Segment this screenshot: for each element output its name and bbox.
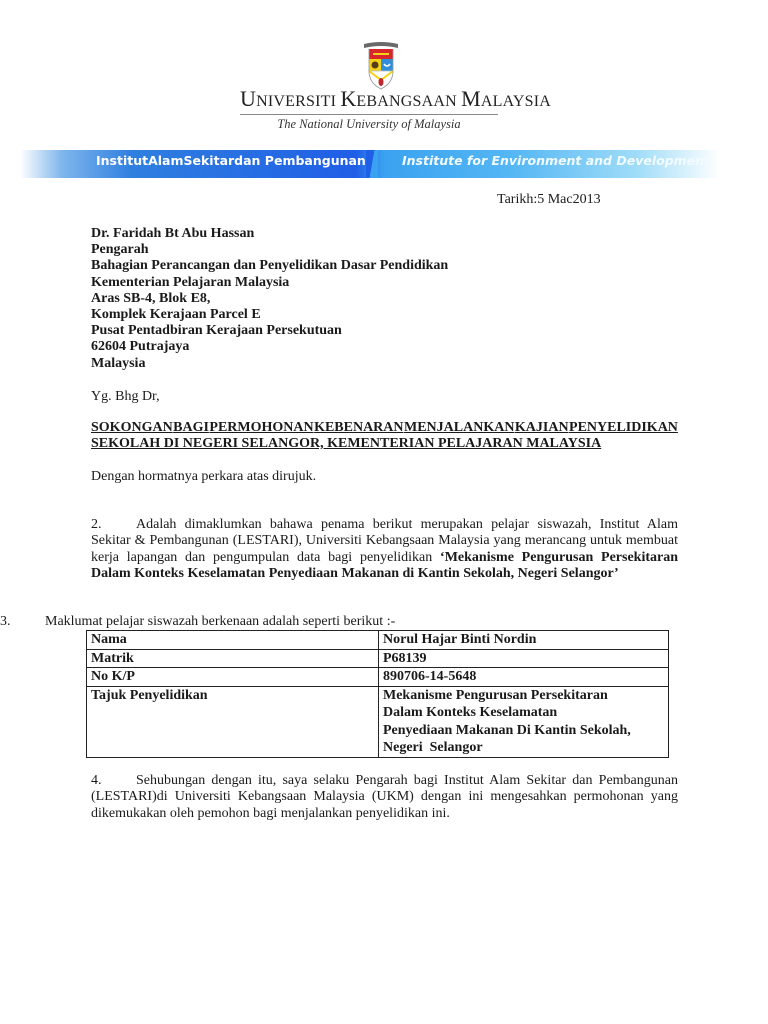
paragraph-number: 2. (91, 517, 136, 533)
table-value: Norul Hajar Binti Nordin (379, 631, 669, 650)
university-name: UNIVERSITI KEBANGSAAN MALAYSIA Universit… (240, 86, 500, 112)
intro-line: Dengan hormatnya perkara atas dirujuk. (91, 469, 316, 485)
recipient-address: Dr. Faridah Bt Abu Hassan Pengarah Bahag… (91, 226, 448, 372)
letterhead-rule (240, 114, 498, 115)
ukm-crest-icon (350, 40, 412, 92)
table-row: No K/P 890706-14-5648 (87, 668, 669, 687)
subject-line-1: SOKONGAN BAGI PERMOHONAN KEBENARAN MENJA… (91, 420, 678, 436)
recipient-line: Malaysia (91, 356, 448, 372)
table-label: Nama (87, 631, 379, 650)
paragraph-number: 3. (0, 614, 45, 630)
student-info-table: Nama Norul Hajar Binti Nordin Matrik P68… (86, 630, 669, 758)
recipient-line: Pengarah (91, 242, 448, 258)
recipient-line: Komplek Kerajaan Parcel E (91, 307, 448, 323)
paragraph-number: 4. (91, 773, 136, 789)
banner-english-name: Institute for Environment and Developmen… (402, 153, 710, 168)
table-row: Tajuk Penyelidikan Mekanisme Pengurusan … (87, 686, 669, 757)
paragraph-2: 2.Adalah dimaklumkan bahawa penama berik… (91, 517, 678, 583)
salutation: Yg. Bhg Dr, (91, 389, 160, 405)
recipient-line: Pusat Pentadbiran Kerajaan Persekutuan (91, 323, 448, 339)
recipient-line: Dr. Faridah Bt Abu Hassan (91, 226, 448, 242)
table-row: Matrik P68139 (87, 649, 669, 668)
banner-malay-name: InstitutAlamSekitardan Pembangunan (96, 153, 366, 168)
letter-date: Tarikh:5 Mac2013 (497, 192, 601, 208)
banner-divider (366, 150, 378, 178)
table-value: 890706-14-5648 (379, 668, 669, 687)
recipient-line: Aras SB-4, Blok E8, (91, 291, 448, 307)
university-subtitle: The National University of Malaysia (240, 117, 498, 132)
recipient-line: 62604 Putrajaya (91, 339, 448, 355)
recipient-line: Kementerian Pelajaran Malaysia (91, 275, 448, 291)
table-label: Tajuk Penyelidikan (87, 686, 379, 757)
table-row: Nama Norul Hajar Binti Nordin (87, 631, 669, 650)
table-label: Matrik (87, 649, 379, 668)
table-label: No K/P (87, 668, 379, 687)
table-value: P68139 (379, 649, 669, 668)
paragraph-3: 3.Maklumat pelajar siswazah berkenaan ad… (0, 614, 395, 630)
paragraph-4: 4.Sehubungan dengan itu, saya selaku Pen… (91, 773, 678, 822)
subject-line-2: SEKOLAH DI NEGERI SELANGOR, KEMENTERIAN … (91, 436, 678, 452)
table-value: Mekanisme Pengurusan Persekitaran Dalam … (379, 686, 669, 757)
recipient-line: Bahagian Perancangan dan Penyelidikan Da… (91, 258, 448, 274)
letter-subject: SOKONGAN BAGI PERMOHONAN KEBENARAN MENJA… (91, 420, 678, 452)
